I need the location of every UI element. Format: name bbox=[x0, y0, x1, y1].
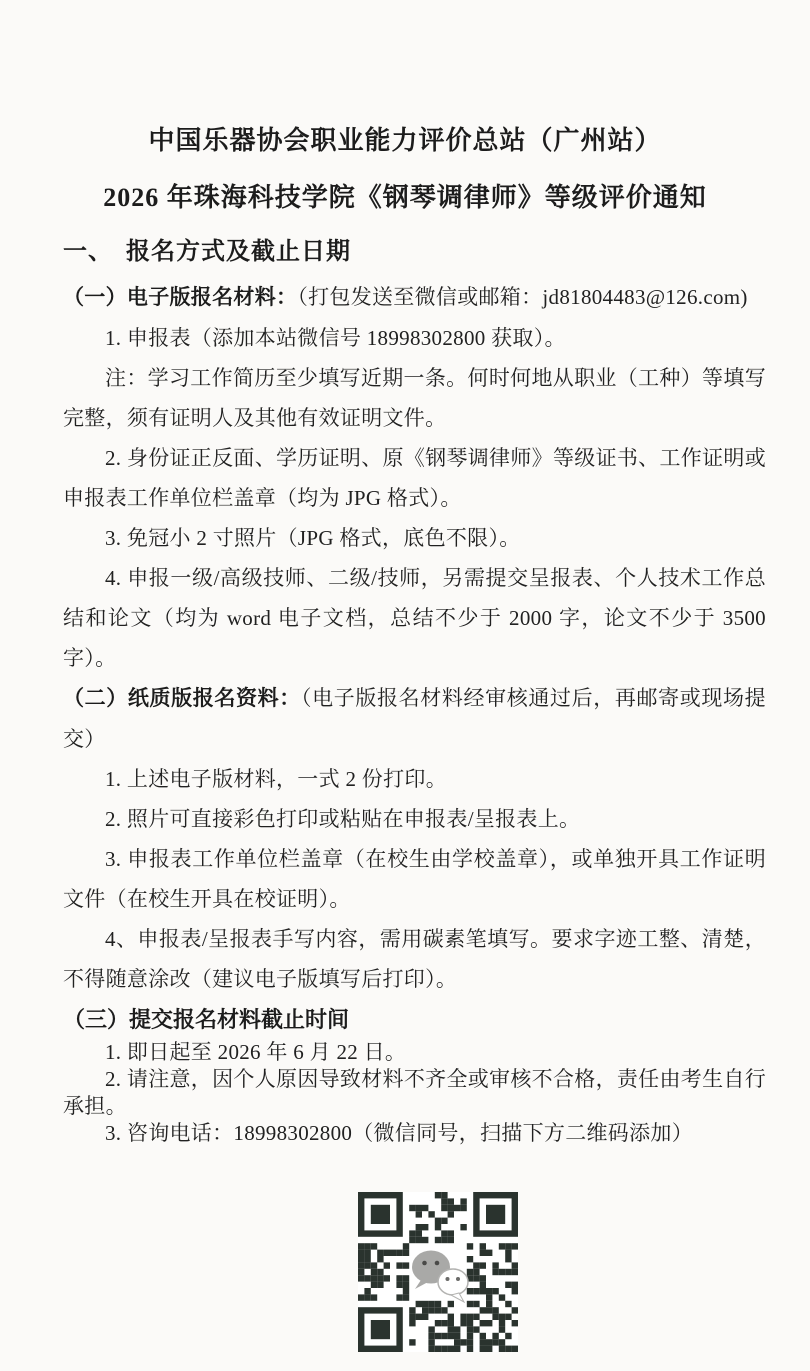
sub-c-item-3: 3. 咨询电话：18998302800（微信同号，扫描下方二维码添加） bbox=[63, 1120, 766, 1147]
sub-c-item-1: 1. 即日起至 2026 年 6 月 22 日。 bbox=[63, 1039, 766, 1066]
sub-a-item-1-note: 注：学习工作简历至少填写近期一条。何时何地从职业（工种）等填写完整，须有证明人及… bbox=[63, 358, 766, 438]
sub-c-item-2: 2. 请注意，因个人原因导致材料不齐全或审核不合格，责任由考生自行承担。 bbox=[63, 1066, 766, 1120]
sub-b-item-1: 1. 上述电子版材料，一式 2 份打印。 bbox=[63, 759, 766, 799]
sub-b-item-2: 2. 照片可直接彩色打印或粘贴在申报表/呈报表上。 bbox=[63, 799, 766, 839]
sub-b-label: （二）纸质版报名资料： bbox=[63, 687, 301, 710]
notice-document: 中国乐器协会职业能力评价总站（广州站） 2026 年珠海科技学院《钢琴调律师》等… bbox=[0, 0, 810, 1371]
sub-b-item-3: 3. 申报表工作单位栏盖章（在校生由学校盖章），或单独开具工作证明文件（在校生开… bbox=[63, 839, 766, 919]
sub-a-item-3: 3. 免冠小 2 寸照片（JPG 格式，底色不限）。 bbox=[63, 518, 766, 558]
sub-b-lead: （二）纸质版报名资料：（电子版报名材料经审核通过后，再邮寄或现场提交） bbox=[63, 678, 766, 759]
document-title-line1: 中国乐器协会职业能力评价总站（广州站） bbox=[0, 124, 810, 158]
sub-a-item-2: 2. 身份证正反面、学历证明、原《钢琴调律师》等级证书、工作证明或申报表工作单位… bbox=[63, 438, 766, 518]
document-header: 中国乐器协会职业能力评价总站（广州站） 2026 年珠海科技学院《钢琴调律师》等… bbox=[0, 124, 810, 215]
qr-code-area bbox=[63, 1192, 766, 1357]
sub-b-item-4: 4、申报表/呈报表手写内容，需用碳素笔填写。要求字迹工整、清楚，不得随意涂改（建… bbox=[63, 919, 766, 999]
sub-a-label: （一）电子版报名材料： bbox=[63, 286, 297, 309]
sub-c-label: （三）提交报名材料截止时间 bbox=[63, 1001, 766, 1039]
sub-a-note: （打包发送至微信或邮箱：jd81804483@126.com) bbox=[297, 285, 747, 309]
section-one-heading: 一、 报名方式及截止日期 bbox=[63, 236, 766, 267]
sub-a-lead: （一）电子版报名材料：（打包发送至微信或邮箱：jd81804483@126.co… bbox=[63, 277, 766, 318]
document-body: 一、 报名方式及截止日期 （一）电子版报名材料：（打包发送至微信或邮箱：jd81… bbox=[0, 236, 810, 1357]
wechat-qr-code bbox=[358, 1192, 518, 1352]
sub-a-item-4: 4. 申报一级/高级技师、二级/技师，另需提交呈报表、个人技术工作总结和论文（均… bbox=[63, 558, 766, 678]
document-title-line2: 2026 年珠海科技学院《钢琴调律师》等级评价通知 bbox=[0, 181, 810, 215]
sub-a-item-1: 1. 申报表（添加本站微信号 18998302800 获取）。 bbox=[63, 318, 766, 358]
